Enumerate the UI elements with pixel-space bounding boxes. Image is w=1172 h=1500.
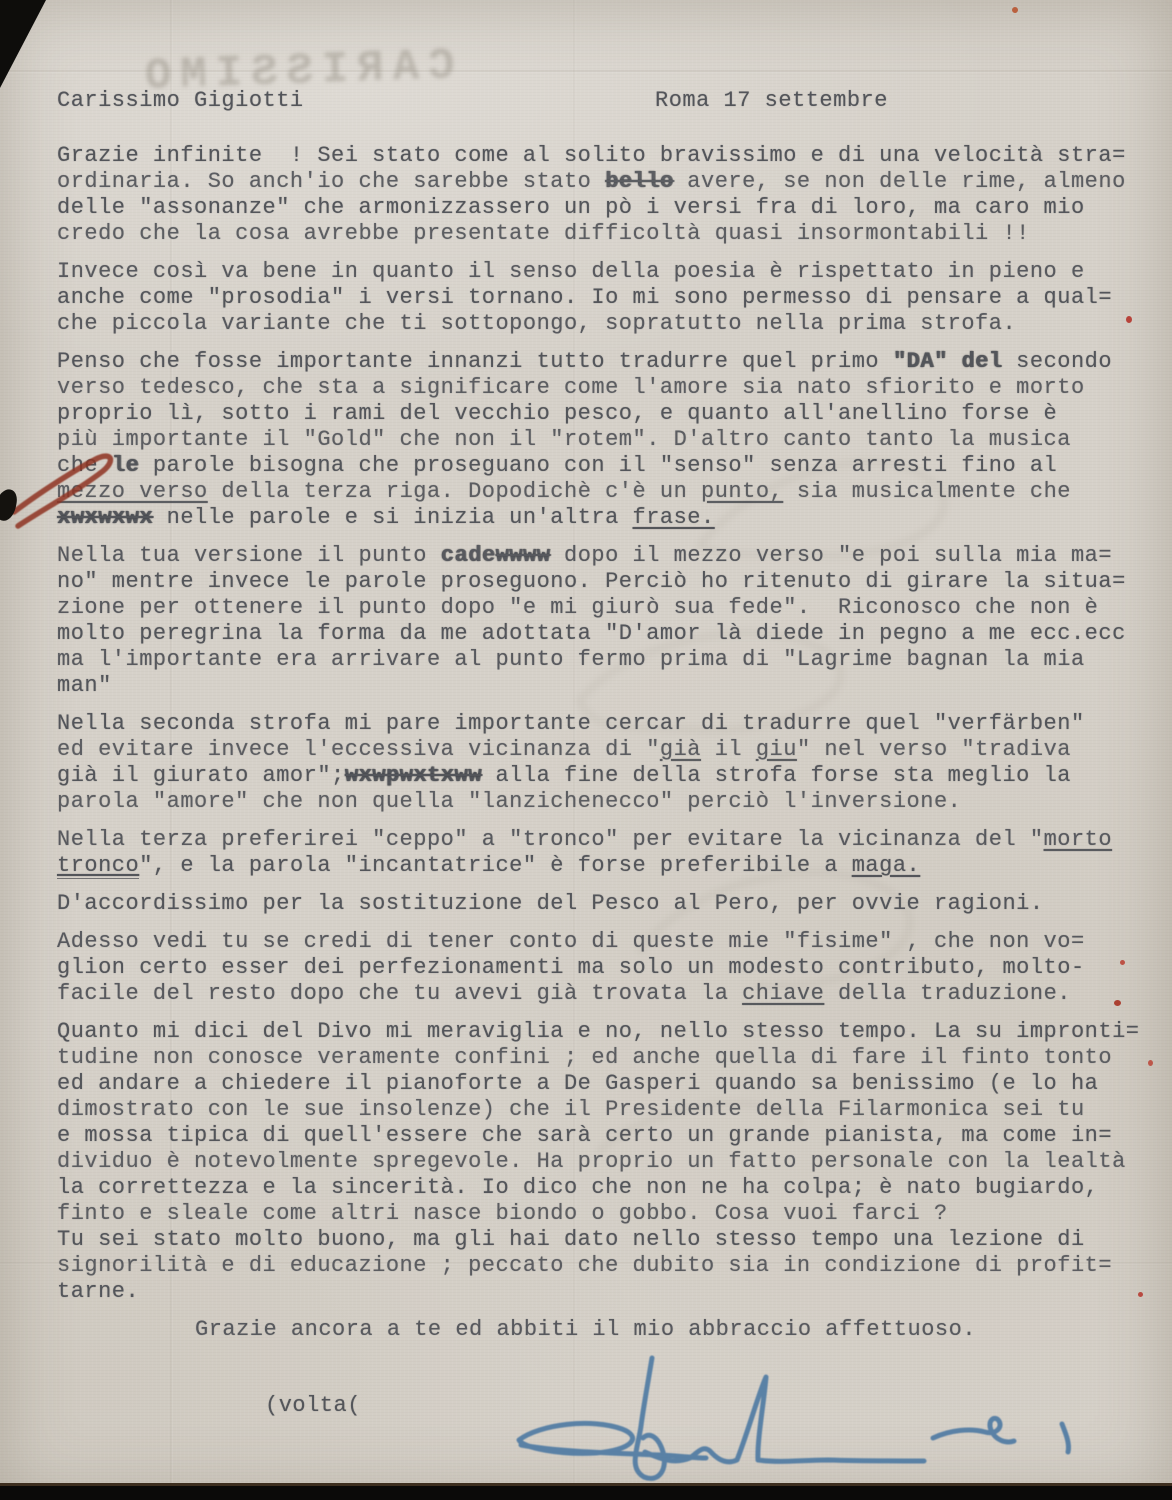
salutation: Carissimo Gigiotti xyxy=(57,88,304,113)
text-segment: nelle parole e si inizia un'altra xyxy=(153,505,633,530)
letter-line: molto peregrina la forma da me adottata … xyxy=(57,621,1146,647)
text-segment: " nel verso "tradiva xyxy=(797,737,1071,762)
letter-line: che piccola variante che ti sottopongo, … xyxy=(57,311,1146,337)
letter-line: Nella seconda strofa mi pare importante … xyxy=(57,711,1146,737)
letter-line: credo che la cosa avrebbe presentate dif… xyxy=(57,221,1146,247)
letter-line: proprio lì, sotto i rami del vecchio pes… xyxy=(57,401,1146,427)
text-segment: facile del resto dopo che tu avevi già t… xyxy=(57,981,742,1006)
text-segment: bello xyxy=(605,169,674,194)
red-ink-speck xyxy=(1114,1000,1121,1006)
text-segment: credo che la cosa avrebbe presentate dif… xyxy=(57,221,1030,246)
text-segment xyxy=(98,453,112,478)
scan-border-bottom xyxy=(0,1483,1172,1500)
text-segment: verso tedesco, che sta a significare com… xyxy=(57,375,1085,400)
letter-line: (volta( xyxy=(265,1393,1146,1419)
text-segment: Nella tua versione il punto xyxy=(57,543,441,568)
text-segment: Tu sei stato molto buono, ma gli hai dat… xyxy=(57,1227,1085,1252)
letter-line: Adesso vedi tu se credi di tener conto d… xyxy=(57,929,1146,955)
text-segment: parola "amore" che non quella "lanzichen… xyxy=(57,789,961,814)
paragraph: Nella tua versione il punto cadewwww dop… xyxy=(57,543,1146,699)
text-segment: man" xyxy=(57,673,112,698)
text-segment: Grazie infinite ! Sei stato come al soli… xyxy=(57,143,1126,168)
text-segment: dimostrato con le sue insolenze) che il … xyxy=(57,1097,1085,1122)
scan-border-corner xyxy=(0,0,46,88)
letter-line: finto e sleale come altri nasce biondo o… xyxy=(57,1201,1146,1227)
text-segment: glion certo esser dei perfezionamenti ma… xyxy=(57,955,1085,980)
text-segment: ma l'importante era arrivare al punto fe… xyxy=(57,647,1085,672)
text-segment: delle "assonanze" che armonizzassero un … xyxy=(57,195,1085,220)
text-segment: wwww xyxy=(495,543,550,568)
text-segment: ed andare a chiedere il pianoforte a De … xyxy=(57,1071,1098,1096)
text-segment: la correttezza e la sincerità. Io dico c… xyxy=(57,1175,1098,1200)
letter-line: zione per ottenere il punto dopo "e mi g… xyxy=(57,595,1146,621)
letter-line: D'accordissimo per la sostituzione del P… xyxy=(57,891,1146,917)
letter-line: la correttezza e la sincerità. Io dico c… xyxy=(57,1175,1146,1201)
paragraph: Penso che fosse importante innanzi tutto… xyxy=(57,349,1146,531)
text-segment: anche come "prosodia" i versi tornano. I… xyxy=(57,285,1112,310)
paragraph: Adesso vedi tu se credi di tener conto d… xyxy=(57,929,1146,1007)
letter-line: più importante il "Gold" che non il "rot… xyxy=(57,427,1146,453)
text-segment: secondo xyxy=(1002,349,1112,374)
text-segment: e mossa tipica di quell'essere che sarà … xyxy=(57,1123,1112,1148)
paragraph: Quanto mi dici del Divo mi meraviglia e … xyxy=(57,1019,1146,1305)
letter-line: dividuo è notevolmente spregevole. Ha pr… xyxy=(57,1149,1146,1175)
text-segment: le xyxy=(112,453,139,478)
text-segment: ordinaria. So anch'io che sarebbe stato xyxy=(57,169,605,194)
black-ink-blot xyxy=(0,487,19,522)
text-segment: giu xyxy=(756,737,797,762)
text-segment: tudine non conosce veramente confini ; e… xyxy=(57,1045,1112,1070)
text-segment: Grazie ancora a te ed abbiti il mio abbr… xyxy=(195,1317,976,1342)
scanned-letter-canvas: CARISSIMO Carissimo Gigiotti Roma 17 set… xyxy=(0,0,1172,1500)
letter-line: Tu sei stato molto buono, ma gli hai dat… xyxy=(57,1227,1146,1253)
text-segment: Invece così va bene in quanto il senso d… xyxy=(57,259,1085,284)
letter-line: delle "assonanze" che armonizzassero un … xyxy=(57,195,1146,221)
letter-line: ed evitare invece l'eccessiva vicinanza … xyxy=(57,737,1146,763)
paragraph: Grazie infinite ! Sei stato come al soli… xyxy=(57,143,1146,247)
text-segment: parole bisogna che proseguano con il "se… xyxy=(139,453,1057,478)
text-segment: della terza riga. Dopodichè c'è un xyxy=(208,479,701,504)
paragraph: D'accordissimo per la sostituzione del P… xyxy=(57,891,1146,917)
letter-line: ma l'importante era arrivare al punto fe… xyxy=(57,647,1146,673)
fold-crease-horizontal xyxy=(0,70,1172,73)
text-segment: no" mentre invece le parole proseguono. … xyxy=(57,569,1126,594)
text-segment: D'accordissimo per la sostituzione del P… xyxy=(57,891,1044,916)
letter-line: signorilità e di educazione ; peccato ch… xyxy=(57,1253,1146,1279)
text-segment: avere, se non delle rime, almeno xyxy=(674,169,1126,194)
text-segment: chiave xyxy=(742,981,824,1006)
text-segment xyxy=(948,349,962,374)
text-segment: zione per ottenere il punto dopo "e mi g… xyxy=(57,595,1098,620)
letter-line: Nella tua versione il punto cadewwww dop… xyxy=(57,543,1146,569)
letter-line: Nella terza preferirei "ceppo" a "tronco… xyxy=(57,827,1146,853)
text-segment: che piccola variante che ti sottopongo, … xyxy=(57,311,1016,336)
letter-line: ed andare a chiedere il pianoforte a De … xyxy=(57,1071,1146,1097)
red-ink-speck xyxy=(1012,7,1018,13)
letter-line: verso tedesco, che sta a significare com… xyxy=(57,375,1146,401)
text-segment: finto e sleale come altri nasce biondo o… xyxy=(57,1201,948,1226)
text-segment: già il giurato amor"; xyxy=(57,763,345,788)
letter-line: mezzo verso della terza riga. Dopodichè … xyxy=(57,479,1146,505)
text-segment: frase. xyxy=(633,505,715,530)
red-ink-speck xyxy=(1148,1060,1153,1066)
letter-line: dimostrato con le sue insolenze) che il … xyxy=(57,1097,1146,1123)
text-segment: cade xyxy=(441,543,496,568)
letter-line: Invece così va bene in quanto il senso d… xyxy=(57,259,1146,285)
letter-line: tarne. xyxy=(57,1279,1146,1305)
text-segment: ", e la parola "incantatrice" è forse pr… xyxy=(139,853,852,878)
letter-line: e mossa tipica di quell'essere che sarà … xyxy=(57,1123,1146,1149)
letter-line: che le parole bisogna che proseguano con… xyxy=(57,453,1146,479)
text-segment: mezzo verso xyxy=(57,479,208,504)
letter-line: parola "amore" che non quella "lanzichen… xyxy=(57,789,1146,815)
text-segment: alla fine della strofa forse sta meglio … xyxy=(482,763,1071,788)
dateline: Roma 17 settembre xyxy=(655,88,888,113)
text-segment: dividuo è notevolmente spregevole. Ha pr… xyxy=(57,1149,1126,1174)
letter-line: man" xyxy=(57,673,1146,699)
letter-line: ordinaria. So anch'io che sarebbe stato … xyxy=(57,169,1146,195)
letter-line: Penso che fosse importante innanzi tutto… xyxy=(57,349,1146,375)
letter-line: già il giurato amor";wxwpwxtxww alla fin… xyxy=(57,763,1146,789)
letter-body: Grazie infinite ! Sei stato come al soli… xyxy=(57,143,1146,1431)
text-segment: sia musicalmente che xyxy=(783,479,1071,504)
text-segment: "DA" xyxy=(893,349,948,374)
paragraph: Grazie ancora a te ed abbiti il mio abbr… xyxy=(57,1317,1146,1343)
text-segment: proprio lì, sotto i rami del vecchio pes… xyxy=(57,401,1057,426)
text-segment: ed evitare invece l'eccessiva vicinanza … xyxy=(57,737,660,762)
text-segment: signorilità e di educazione ; peccato ch… xyxy=(57,1253,1112,1278)
paragraph: Nella seconda strofa mi pare importante … xyxy=(57,711,1146,815)
text-segment: molto peregrina la forma da me adottata … xyxy=(57,621,1126,646)
red-ink-speck xyxy=(1120,960,1125,965)
text-segment: xwxwxwx xyxy=(57,505,153,530)
letter-line: glion certo esser dei perfezionamenti ma… xyxy=(57,955,1146,981)
text-segment: Quanto mi dici del Divo mi meraviglia e … xyxy=(57,1019,1139,1044)
text-segment: (volta( xyxy=(265,1393,361,1418)
text-segment: Nella terza preferirei "ceppo" a "tronco… xyxy=(57,827,1044,852)
text-segment: punto, xyxy=(701,479,783,504)
text-segment: Adesso vedi tu se credi di tener conto d… xyxy=(57,929,1085,954)
text-segment: morto xyxy=(1044,827,1113,852)
text-segment: tronco xyxy=(57,853,139,879)
text-segment: Penso che fosse importante innanzi tutto… xyxy=(57,349,893,374)
letter-line: no" mentre invece le parole proseguono. … xyxy=(57,569,1146,595)
letter-line: facile del resto dopo che tu avevi già t… xyxy=(57,981,1146,1007)
letter-line: Grazie ancora a te ed abbiti il mio abbr… xyxy=(195,1317,1146,1343)
letter-line: xwxwxwx nelle parole e si inizia un'altr… xyxy=(57,505,1146,531)
letter-line: anche come "prosodia" i versi tornano. I… xyxy=(57,285,1146,311)
letter-line: Quanto mi dici del Divo mi meraviglia e … xyxy=(57,1019,1146,1045)
text-segment: Nella seconda strofa mi pare importante … xyxy=(57,711,1085,736)
text-segment: del xyxy=(961,349,1002,374)
text-segment: wxwpwxtxww xyxy=(345,763,482,788)
text-segment: della traduzione. xyxy=(824,981,1071,1006)
red-circled-word: che xyxy=(57,453,98,478)
letter-line: tronco", e la parola "incantatrice" è fo… xyxy=(57,853,1146,879)
text-segment: più importante il "Gold" che non il "rot… xyxy=(57,427,1071,452)
red-ink-speck xyxy=(1126,316,1132,323)
paragraph: (volta( xyxy=(57,1393,1146,1419)
letter-sheet: CARISSIMO Carissimo Gigiotti Roma 17 set… xyxy=(0,0,1172,1500)
letter-line: tudine non conosce veramente confini ; e… xyxy=(57,1045,1146,1071)
red-ink-speck xyxy=(1138,1292,1143,1297)
text-segment: tarne. xyxy=(57,1279,139,1304)
paragraph: Nella terza preferirei "ceppo" a "tronco… xyxy=(57,827,1146,879)
text-segment: già xyxy=(660,737,701,762)
text-segment: il xyxy=(701,737,756,762)
letter-line: Grazie infinite ! Sei stato come al soli… xyxy=(57,143,1146,169)
text-segment: maga. xyxy=(852,853,921,878)
text-segment: dopo il mezzo verso "e poi sulla mia ma= xyxy=(550,543,1112,568)
paragraph: Invece così va bene in quanto il senso d… xyxy=(57,259,1146,337)
